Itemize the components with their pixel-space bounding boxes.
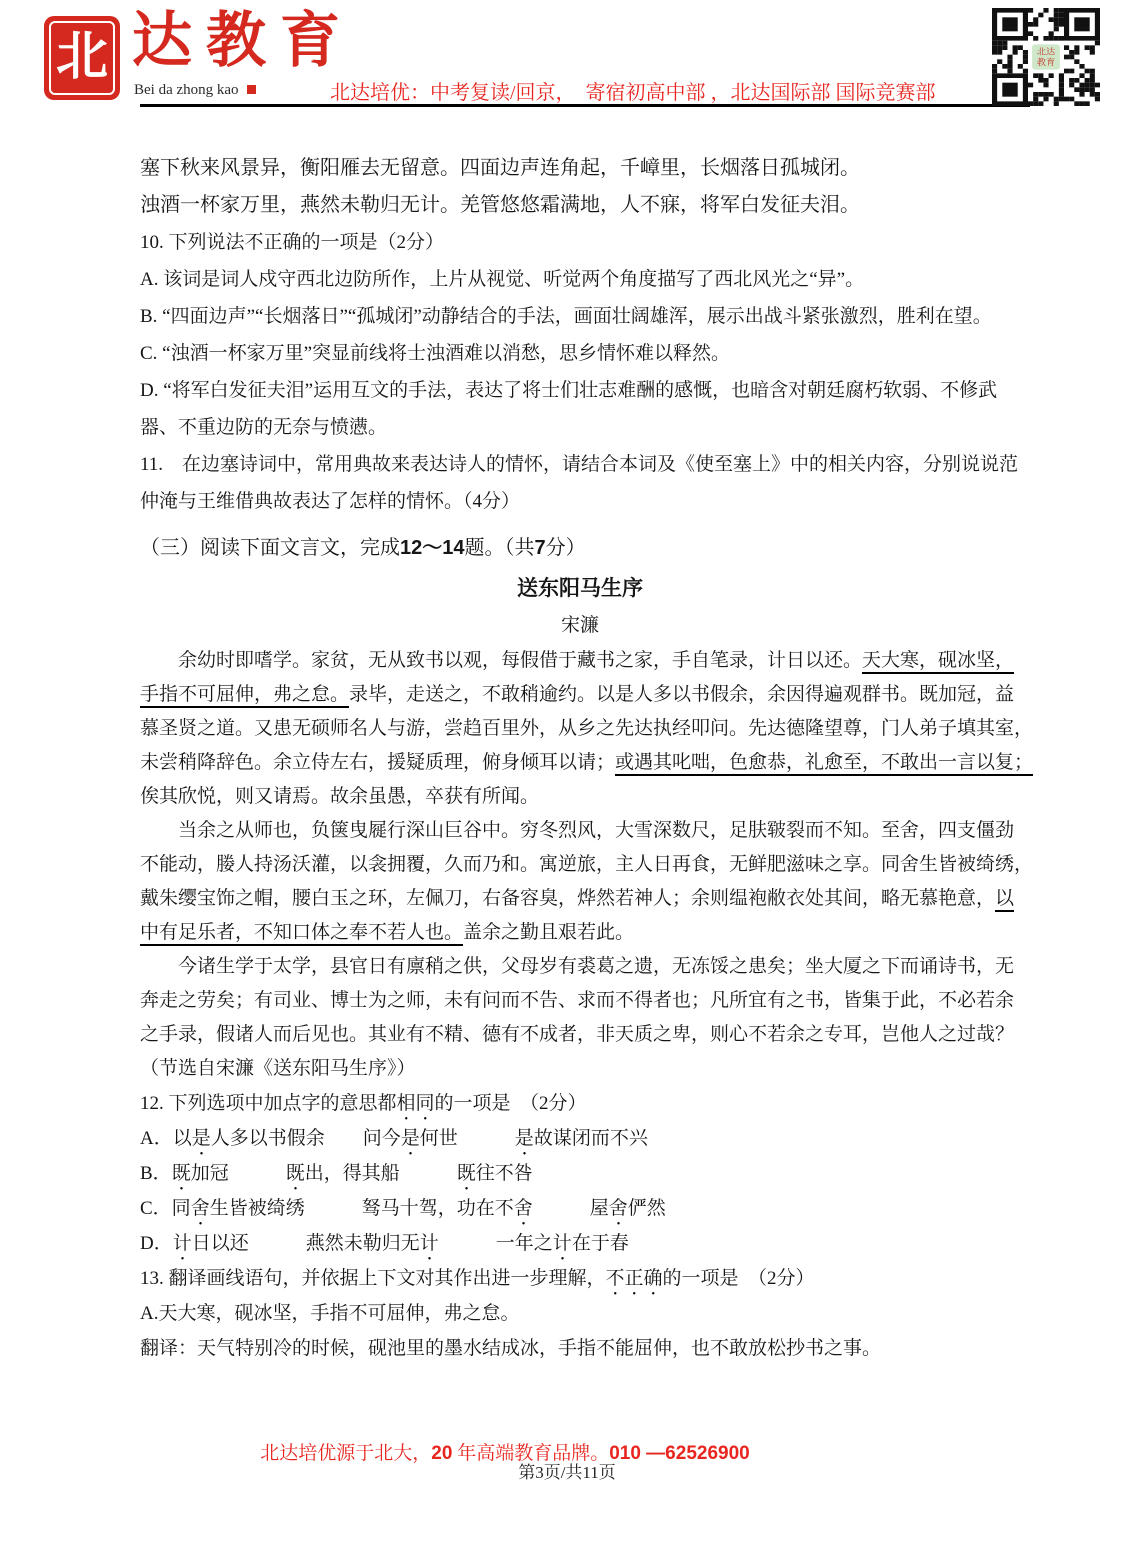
header-divider (140, 104, 1030, 107)
q10-option-d-line1: D. “将军白发征夫泪”运用互文的手法，表达了将士们壮志难酬的感慨，也暗含对朝廷… (140, 372, 1020, 409)
poem-line-1: 塞下秋来风景异，衡阳雁去无留意。四面边声连角起，千嶂里，长烟落日孤城闭。 (140, 150, 1020, 187)
q13-option-a: A.天大寒，砚冰坚，手指不可屈伸，弗之怠。 (140, 1296, 1020, 1331)
qr-code: 北达 教育 (992, 8, 1100, 106)
q13-translation: 翻译：天气特别冷的时候，砚池里的墨水结成冰，手指不能屈伸，也不敢放松抄书之事。 (140, 1331, 1020, 1366)
q10-option-c: C. “浊酒一杯家万里”突显前线将士浊酒难以消愁，思乡情怀难以释然。 (140, 335, 1020, 372)
essay-p1-line5: 俟其欣悦，则又请焉。故余虽愚，卒获有所闻。 (140, 780, 1020, 814)
q11-stem-line2: 仲淹与王维借典故表达了怎样的情怀。（4分） (140, 483, 1020, 520)
red-square-icon (247, 85, 256, 94)
essay-title: 送东阳马生序 (140, 568, 1020, 608)
q12-option-b: B．既加冠 既出，得其船 既往不咎 (140, 1156, 1020, 1191)
q11-stem-line1: 11. 在边塞诗词中，常用典故来表达诗人的情怀，请结合本词及《使至塞上》中的相关… (140, 446, 1020, 483)
q10-option-d-line2: 器、不重边防的无奈与愤懑。 (140, 409, 1020, 446)
brand-text: 达教育 (132, 8, 354, 74)
essay-p3-line3: 之手录，假诸人而后见也。其业有不精、德有不成者，非天质之卑，则心不若余之专耳，岂… (140, 1018, 1020, 1052)
brand-subtitle: Bei da zhong kao (134, 82, 256, 99)
essay-source-note: （节选自宋濂《送东阳马生序》） (140, 1052, 1020, 1086)
q10-option-b: B. “四面边声”“长烟落日”“孤城闭”动静结合的手法，画面壮阔雄浑，展示出战斗… (140, 298, 1020, 335)
header-tagline: 北达培优：中考复读/回京， 寄宿初高中部 ，北达国际部 国际竞赛部 (330, 76, 936, 105)
essay-p2-line3: 戴朱缨宝饰之帽，腰白玉之环，左佩刀，右备容臭，烨然若神人；余则缊袍敝衣处其间，略… (140, 882, 1020, 916)
essay-p2-line4: 中有足乐者，不知口体之奉不若人也。盖余之勤且艰若此。 (140, 916, 1020, 950)
section3-heading: （三）阅读下面文言文，完成12～14题。（共7分） (140, 528, 1020, 568)
essay-p3-line2: 奔走之劳矣；有司业、博士为之师，未有问而不告、求而不得者也；凡所宜有之书，皆集于… (140, 984, 1020, 1018)
essay-author: 宋濂 (140, 608, 1020, 644)
essay-p3-line1: 今诸生学于太学，县官日有廪稍之供，父母岁有裘葛之遗，无冻馁之患矣；坐大厦之下而诵… (140, 950, 1020, 984)
document-page: 北 达教育 Bei da zhong kao 北达培优：中考复读/回京， 寄宿初… (0, 0, 1134, 1559)
brand-seal-logo: 北 (44, 16, 120, 100)
q12-option-a: A．以是人多以书假余 问今是何世 是故谋闭而不兴 (140, 1121, 1020, 1156)
page-number: 第3页/共11页 (0, 1458, 1134, 1483)
seal-character: 北 (49, 21, 115, 95)
q13-stem: 13. 翻译画线语句，并依据上下文对其作出进一步理解，不正确的一项是 （2分） (140, 1261, 1020, 1296)
essay-p1-line1: 余幼时即嗜学。家贫，无从致书以观，每假借于藏书之家，手自笔录，计日以还。天大寒，… (140, 644, 1020, 678)
poem-line-2: 浊酒一杯家万里，燕然未勒归无计。羌管悠悠霜满地，人不寐，将军白发征夫泪。 (140, 187, 1020, 224)
essay-p1-line2: 手指不可屈伸，弗之怠。录毕，走送之，不敢稍逾约。以是人多以书假余，余因得遍观群书… (140, 678, 1020, 712)
essay-p2-line2: 不能动，媵人持汤沃灌，以衾拥覆，久而乃和。寓逆旅，主人日再食，无鲜肥滋味之享。同… (140, 848, 1020, 882)
qr-center-label-1: 北达 (1037, 46, 1056, 56)
q10-stem: 10. 下列说法不正确的一项是（2分） (140, 224, 1020, 261)
essay-p2-line1: 当余之从师也，负箧曳屣行深山巨谷中。穷冬烈风，大雪深数尺，足肤皲裂而不知。至舍，… (140, 814, 1020, 848)
q12-option-d: D．计日以还 燕然未勒归无计 一年之计在于春 (140, 1226, 1020, 1261)
essay-p1-line4: 未尝稍降辞色。余立侍左右，援疑质理，俯身倾耳以请；或遇其叱咄，色愈恭，礼愈至，不… (140, 746, 1020, 780)
q12-option-c: C．同舍生皆被绮绣 驽马十驾，功在不舍 屋舍俨然 (140, 1191, 1020, 1226)
q10-option-a: A. 该词是词人戍守西北边防所作，上片从视觉、听觉两个角度描写了西北风光之“异”… (140, 261, 1020, 298)
qr-center-label-2: 教育 (1037, 56, 1056, 66)
q12-stem: 12. 下列选项中加点字的意思都相同的一项是 （2分） (140, 1086, 1020, 1121)
essay-p1-line3: 慕圣贤之道。又患无硕师名人与游，尝趋百里外，从乡之先达执经叩问。先达德隆望尊，门… (140, 712, 1020, 746)
exam-body: 塞下秋来风景异，衡阳雁去无留意。四面边声连角起，千嶂里，长烟落日孤城闭。 浊酒一… (140, 150, 1020, 1366)
